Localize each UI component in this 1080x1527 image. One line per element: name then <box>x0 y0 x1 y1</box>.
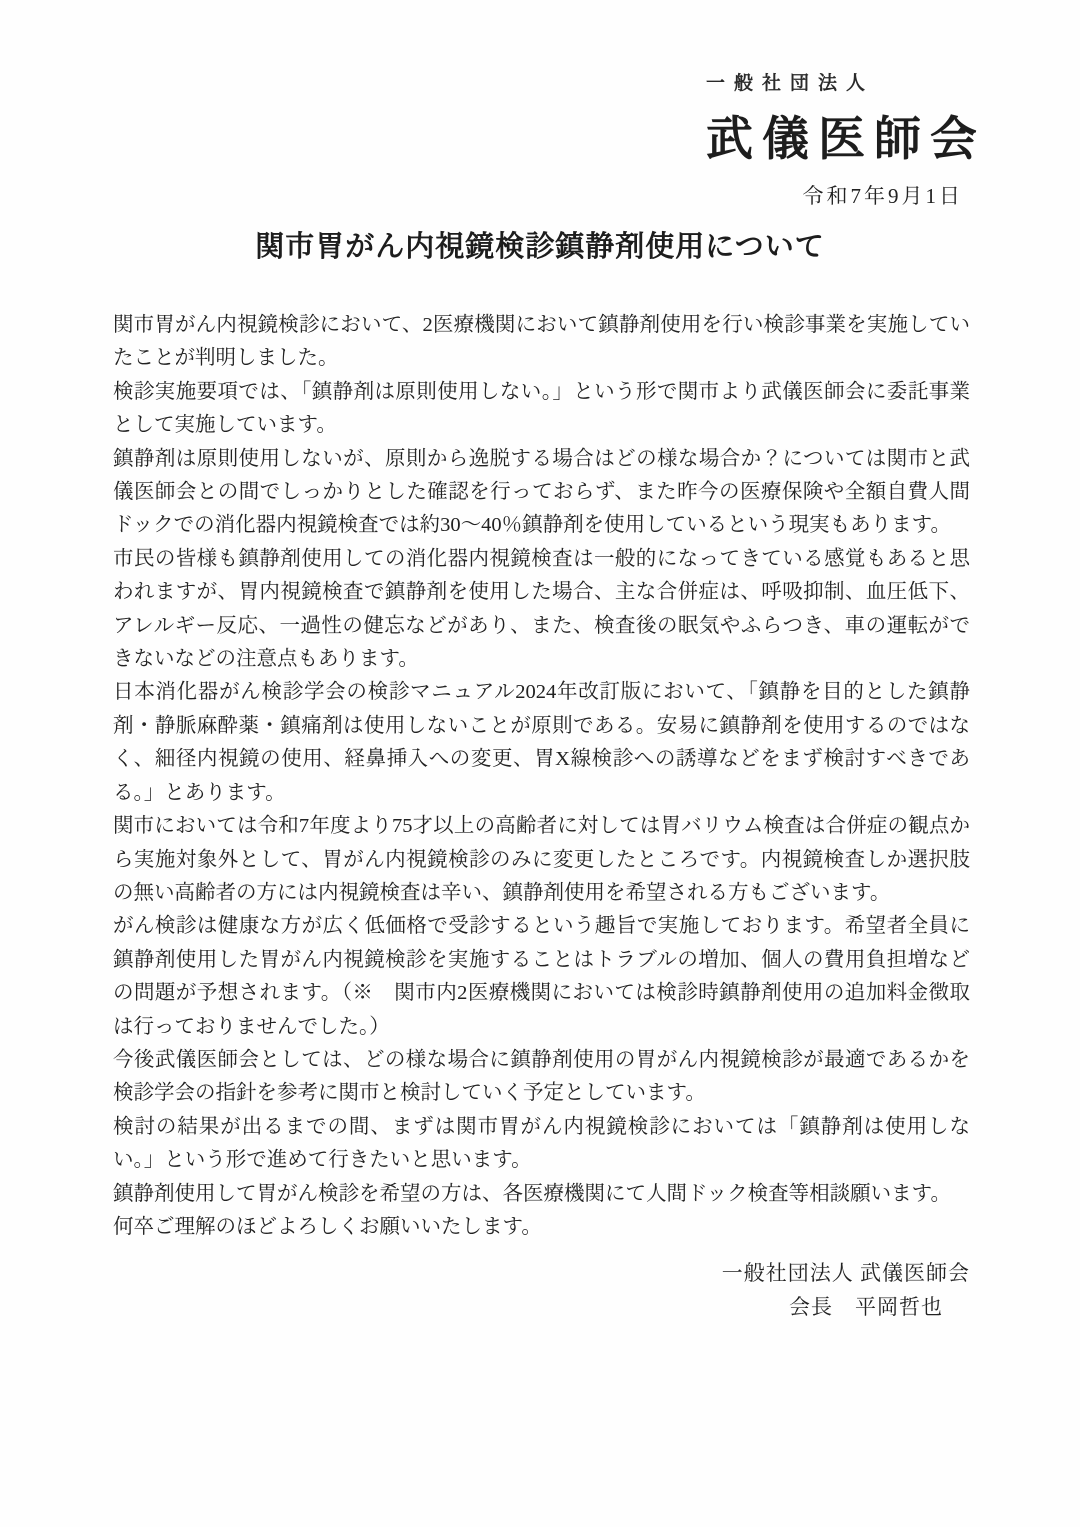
body-paragraph: 鎮静剤使用して胃がん検診を希望の方は、各医療機関にて人間ドック検査等相談願います… <box>113 1178 970 1211</box>
page-title: 関市胃がん内視鏡検診鎮静剤使用について <box>0 224 1080 265</box>
body-paragraph: 鎮静剤は原則使用しないが、原則から逸脱する場合はどの様な場合か？については関市と… <box>113 443 970 543</box>
body-paragraph: 何卒ご理解のほどよろしくお願いいたします。 <box>113 1211 970 1244</box>
signature-organization: 一般社団法人 武儀医師会 <box>113 1256 970 1290</box>
body-paragraph: 関市胃がん内視鏡検診において、2医療機関において鎮静剤使用を行い検診事業を実施し… <box>113 309 970 376</box>
org-name-label: 武儀医師会 <box>706 102 986 169</box>
body-paragraph: 検診実施要項では、「鎮静剤は原則使用しない。」という形で関市より武儀医師会に委託… <box>113 376 970 443</box>
body-paragraph: 検討の結果が出るまでの間、まずは関市胃がん内視鏡検診においては「鎮静剤は使用しな… <box>113 1111 970 1178</box>
body-paragraph: 市民の皆様も鎮静剤使用しての消化器内視鏡検査は一般的になってきている感覚もあると… <box>113 543 970 677</box>
signature-block: 一般社団法人 武儀医師会 会長 平岡哲也 <box>113 1256 970 1324</box>
body-paragraph: 関市においては令和7年度より75才以上の高齢者に対しては胃バリウム検査は合併症の… <box>113 810 970 910</box>
document-page: 一般社団法人 武儀医師会 令和7年9月1日 関市胃がん内視鏡検診鎮静剤使用につい… <box>0 0 1080 1527</box>
org-type-label: 一般社団法人 <box>706 68 986 95</box>
document-date: 令和7年9月1日 <box>803 180 964 210</box>
document-body: 関市胃がん内視鏡検診において、2医療機関において鎮静剤使用を行い検診事業を実施し… <box>113 309 970 1244</box>
body-paragraph: 日本消化器がん検診学会の検診マニュアル2024年改訂版において、「鎮静を目的とし… <box>113 676 970 810</box>
body-paragraph: 今後武儀医師会としては、どの様な場合に鎮静剤使用の胃がん内視鏡検診が最適であるか… <box>113 1044 970 1111</box>
organization-logo: 一般社団法人 武儀医師会 <box>706 68 986 169</box>
body-paragraph: がん検診は健康な方が広く低価格で受診するという趣旨で実施しております。希望者全員… <box>113 910 970 1044</box>
signature-president: 会長 平岡哲也 <box>113 1290 970 1324</box>
